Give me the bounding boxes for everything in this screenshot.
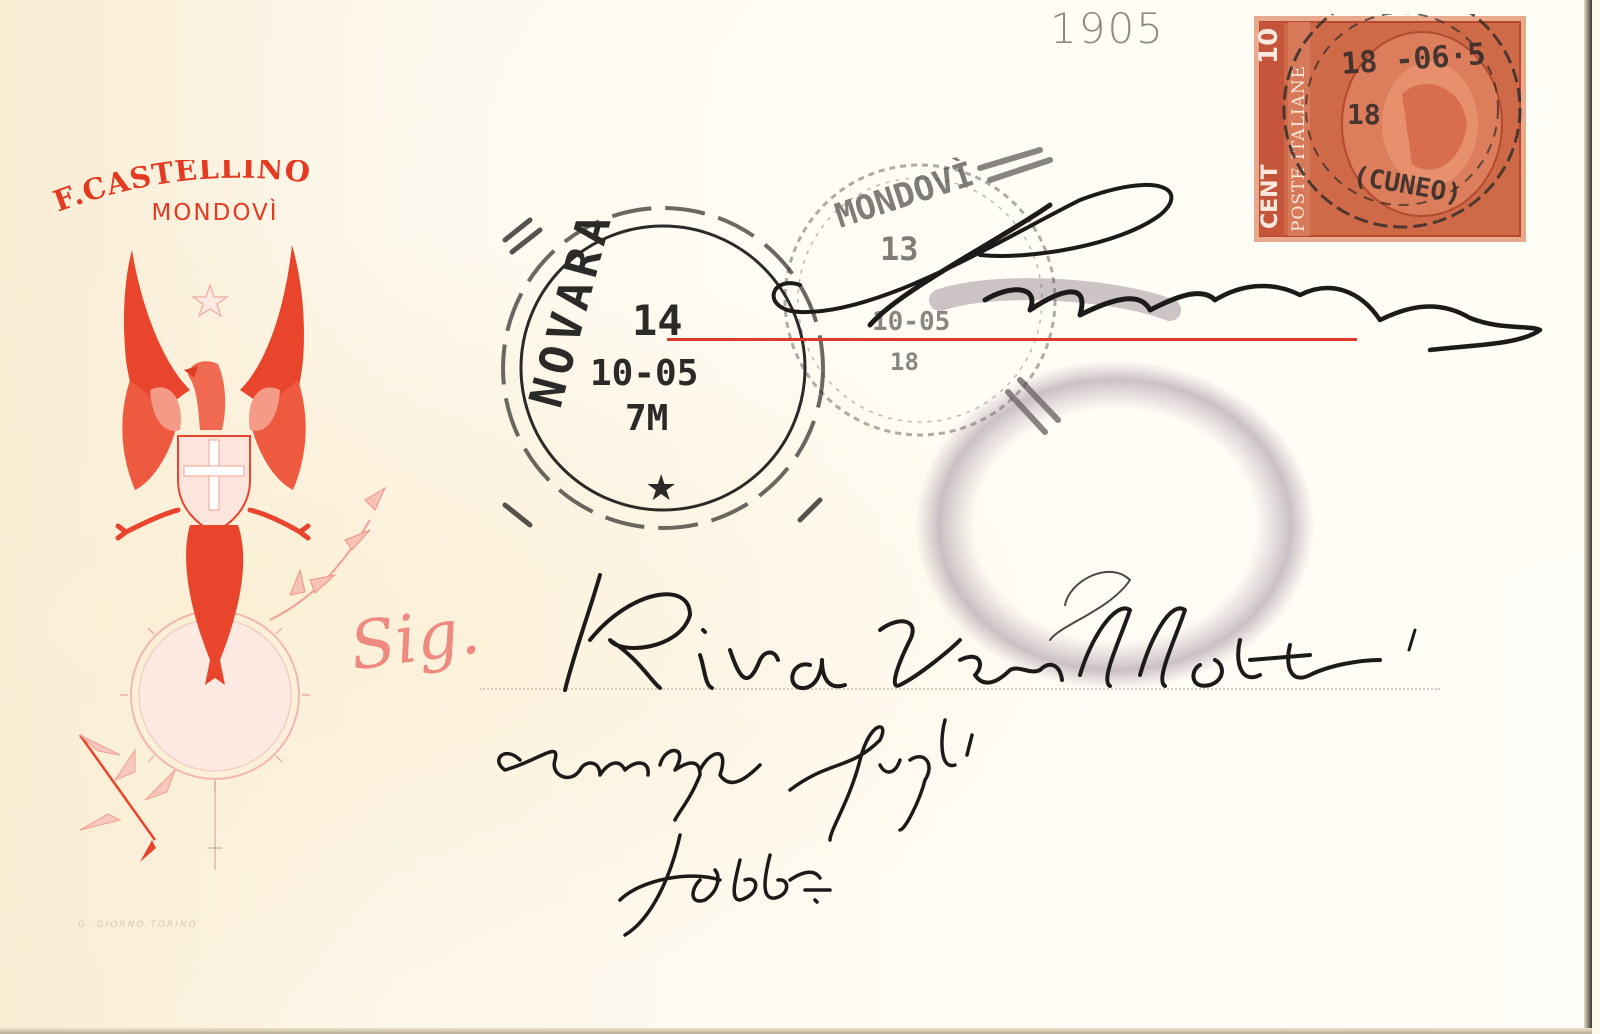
eagle-emblem-icon: [60, 240, 500, 880]
card-edge-right: [1584, 0, 1592, 1034]
postmark-star-icon: ★: [645, 468, 677, 509]
year-annotation: 1905: [1050, 4, 1165, 53]
firm-city: MONDOVÌ: [120, 200, 310, 226]
postmark-novara-date: 10-05: [590, 353, 698, 394]
svg-text:18: 18: [1347, 98, 1381, 131]
postmark-mondovi-time: 18: [890, 348, 919, 376]
address-rule-red: [667, 338, 1357, 341]
postmark-novara-town: NOVARA: [518, 204, 622, 413]
stamp-value: 10: [1254, 28, 1284, 64]
postmark-mondovi-date: 10-05: [872, 307, 950, 337]
card-edge-bottom: [0, 1028, 1592, 1034]
postage-stamp: CENT 10 POSTE ITALIANE 18 -06·5 18 (CUNE…: [1252, 14, 1532, 244]
stamp-denomination-label: CENT: [1258, 164, 1283, 229]
printer-imprint: G. GIORNO TORINO: [78, 920, 198, 930]
postmark-novara-time: 7M: [625, 398, 668, 439]
postcard: 1905 F.CASTELLINO MONDOVÌ: [0, 0, 1592, 1034]
